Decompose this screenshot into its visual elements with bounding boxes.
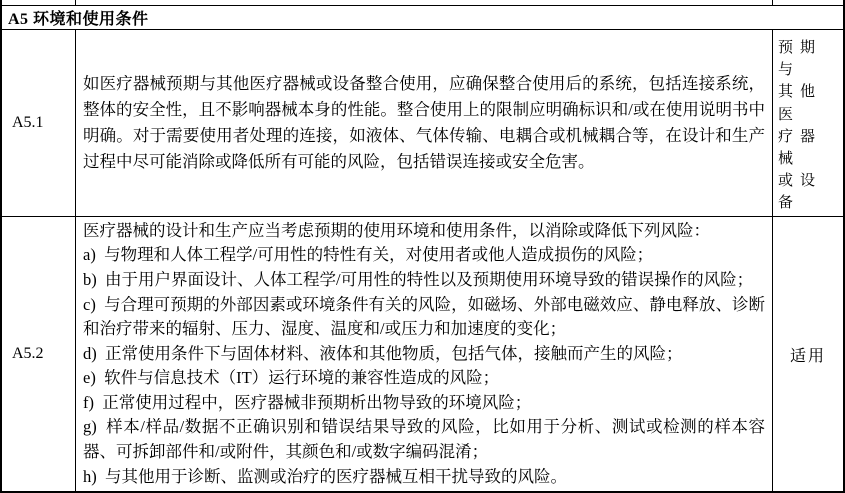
clause-id: A5.2 <box>12 345 44 363</box>
requirement-cell: 如医疗器械预期与其他医疗器械或设备整合使用，应确保整合使用后的系统，包括连接系统… <box>76 30 773 216</box>
applicability-cell: 预期与 其他医 疗器械 或设备 整合使 用的医 疗器械 适用 <box>773 30 843 216</box>
section-header-row: A5 环境和使用条件 <box>2 6 843 30</box>
requirement-item-h: h) 与其他用于诊断、监测或治疗的医疗器械互相干扰导致的风险。 <box>83 465 765 490</box>
clause-id: A5.1 <box>12 114 44 132</box>
requirement-cell: 医疗器械的设计和生产应当考虑预期的使用环境和使用条件，以消除或降低下列风险： a… <box>76 217 773 491</box>
clause-id-cell: A5.1 <box>2 30 76 216</box>
requirement-intro: 医疗器械的设计和生产应当考虑预期的使用环境和使用条件，以消除或降低下列风险： <box>83 219 765 244</box>
requirement-item-g: g) 样本/样品/数据不正确识别和错误结果导致的风险，比如用于分析、测试或检测的… <box>83 415 765 464</box>
table-row-a5-2: A5.2 医疗器械的设计和生产应当考虑预期的使用环境和使用条件，以消除或降低下列… <box>2 217 843 491</box>
table-row-a5-1: A5.1 如医疗器械预期与其他医疗器械或设备整合使用，应确保整合使用后的系统，包… <box>2 30 843 217</box>
requirement-item-b: b) 由于用户界面设计、人体工程学/可用性的特性以及预期使用环境导致的错误操作的… <box>83 268 765 293</box>
requirement-item-a: a) 与物理和人体工程学/可用性的特性有关，对使用者或他人造成损伤的风险； <box>83 243 765 268</box>
partial-applicability-cell <box>773 0 843 5</box>
requirement-item-e: e) 软件与信息技术（IT）运行环境的兼容性造成的风险； <box>83 366 765 391</box>
partial-content-cell <box>76 0 773 5</box>
requirements-table: A5 环境和使用条件 A5.1 如医疗器械预期与其他医疗器械或设备整合使用，应确… <box>0 0 845 493</box>
requirement-item-f: f) 正常使用过程中，医疗器械非预期析出物导致的环境风险； <box>83 391 765 416</box>
partial-clause-cell <box>2 0 76 5</box>
clause-id-cell: A5.2 <box>2 217 76 491</box>
section-header: A5 环境和使用条件 <box>2 6 843 29</box>
applicability-cell: 适用 <box>773 217 843 491</box>
requirement-item-c: c) 与合理可预期的外部因素或环境条件有关的风险，如磁场、外部电磁效应、静电释放… <box>83 293 765 342</box>
requirement-text: 如医疗器械预期与其他医疗器械或设备整合使用，应确保整合使用后的系统，包括连接系统… <box>83 71 765 175</box>
requirement-item-d: d) 正常使用条件下与固体材料、液体和其他物质，包括气体，接触而产生的风险； <box>83 342 765 367</box>
